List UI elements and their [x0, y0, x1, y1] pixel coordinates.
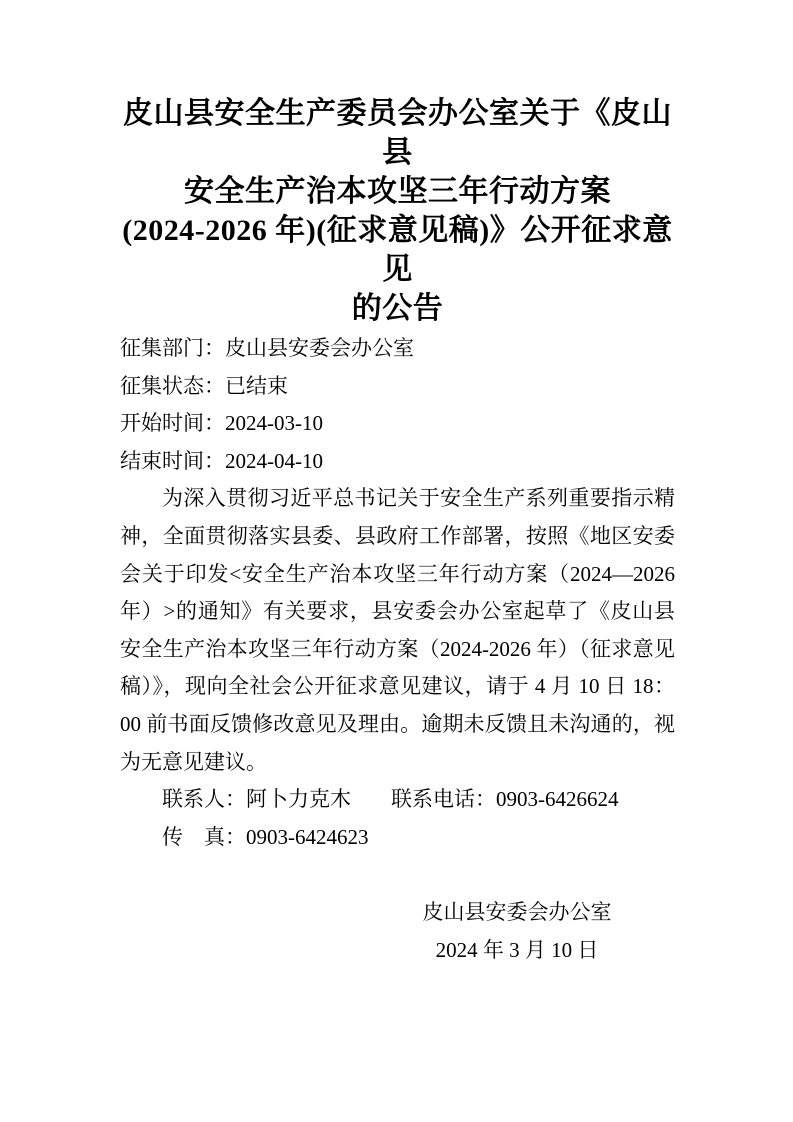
- title-line-3: (2024-2026 年)(征求意见稿)》公开征求意见: [120, 211, 675, 289]
- title-line-4: 的公告: [120, 289, 675, 328]
- document-title: 皮山县安全生产委员会办公室关于《皮山县 安全生产治本攻坚三年行动方案 (2024…: [120, 94, 675, 328]
- contact-line-1: 联系人：阿卜力克木联系电话：0903-6426624: [120, 781, 675, 819]
- field-label: 征集状态：: [120, 374, 225, 398]
- field-end-time: 结束时间：2024-04-10: [120, 443, 675, 481]
- field-label: 开始时间：: [120, 411, 225, 435]
- signature-date: 2024 年 3 月 10 日: [377, 932, 657, 970]
- body-paragraph: 为深入贯彻习近平总书记关于安全生产系列重要指示精神，全面贯彻落实县委、县政府工作…: [120, 480, 675, 781]
- field-start-time: 开始时间：2024-03-10: [120, 405, 675, 443]
- contact-fax: 传 真：0903-6424623: [162, 825, 369, 849]
- contact-line-2: 传 真：0903-6424623: [120, 819, 675, 857]
- announcement-page: 皮山县安全生产委员会办公室关于《皮山县 安全生产治本攻坚三年行动方案 (2024…: [0, 0, 793, 1122]
- field-label: 结束时间：: [120, 449, 225, 473]
- contact-phone: 联系电话：0903-6426624: [391, 787, 619, 811]
- title-line-2: 安全生产治本攻坚三年行动方案: [120, 172, 675, 211]
- signature-org: 皮山县安委会办公室: [377, 894, 657, 932]
- meta-fields: 征集部门：皮山县安委会办公室 征集状态：已结束 开始时间：2024-03-10 …: [120, 330, 675, 480]
- field-collection-status: 征集状态：已结束: [120, 368, 675, 406]
- field-value: 2024-03-10: [225, 411, 323, 435]
- field-collecting-department: 征集部门：皮山县安委会办公室: [120, 330, 675, 368]
- field-value: 2024-04-10: [225, 449, 323, 473]
- title-line-1: 皮山县安全生产委员会办公室关于《皮山县: [120, 94, 675, 172]
- field-value: 皮山县安委会办公室: [225, 336, 414, 360]
- field-label: 征集部门：: [120, 336, 225, 360]
- field-value: 已结束: [225, 374, 288, 398]
- contact-person: 联系人：阿卜力克木: [162, 787, 351, 811]
- signature-block: 皮山县安委会办公室 2024 年 3 月 10 日: [377, 894, 657, 969]
